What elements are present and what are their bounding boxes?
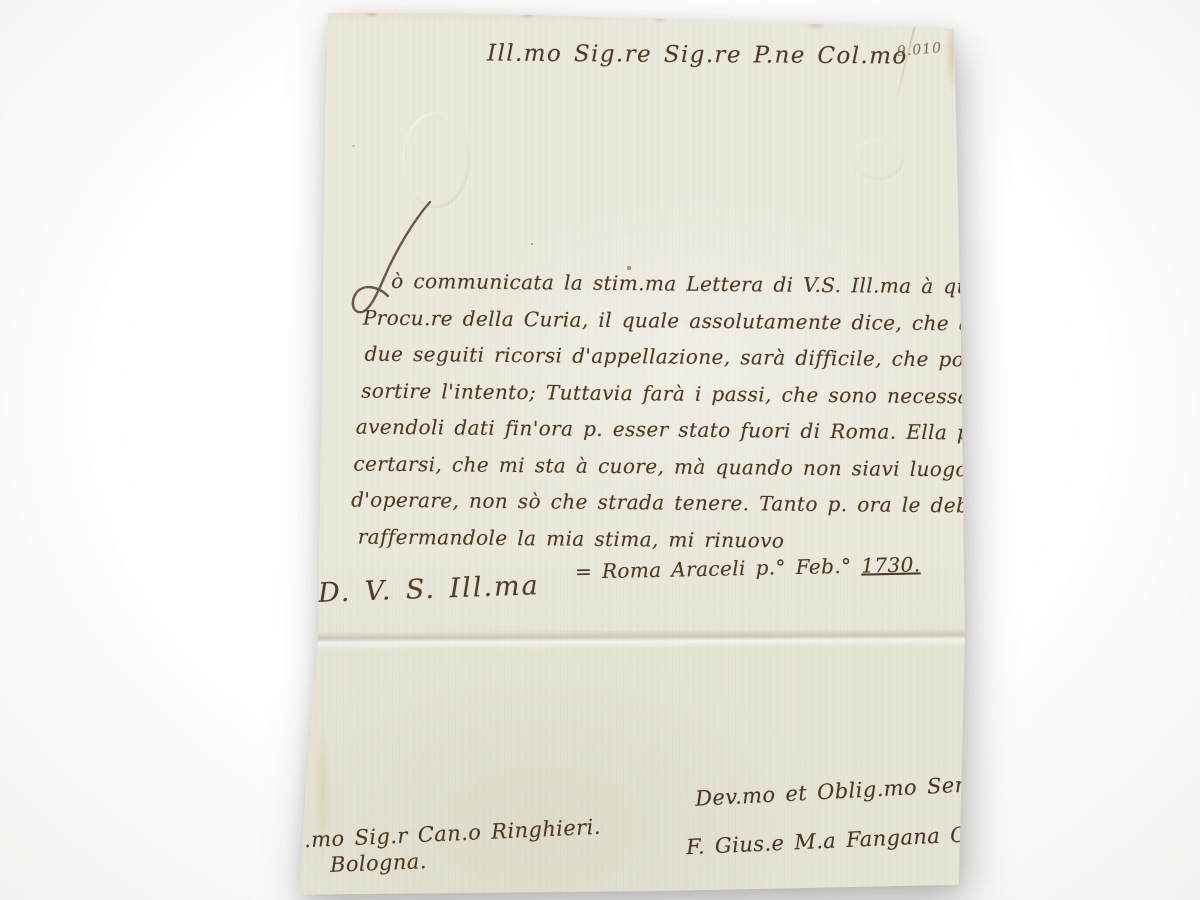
body-line: ò communicata la stim.ma Lettera di V.S.… [353, 262, 1087, 306]
photo-scene: Ill.mo Sig.re Sig.re P.ne Col.mo 9.010 ò… [0, 0, 1200, 900]
closing-formula: D. V. S. Ill.ma [318, 570, 541, 609]
letter-paper-shadow: Ill.mo Sig.re Sig.re P.ne Col.mo 9.010 ò… [0, 0, 1200, 900]
ink-speck [531, 243, 533, 245]
blind-stamp-mark-faint [852, 138, 904, 180]
address-recipient: Ill.mo Sig.r Can.o Ringhieri. [281, 815, 602, 853]
letter-body: ò communicata la stim.ma Lettera di V.S.… [351, 262, 1087, 561]
signature-line-1: Dev.mo et Oblig.mo Ser.re [695, 771, 994, 811]
body-line: raffermandole la mia stima, mi rinuovo [351, 518, 1085, 562]
body-line: due seguiti ricorsi d'appellazione, sarà… [352, 335, 1086, 379]
signature-line-2: F. Gius.e M.a Fangana Corsi [686, 821, 1009, 860]
blind-stamp-mark [402, 112, 470, 208]
fold-crease [310, 628, 970, 649]
ink-speck [352, 145, 355, 147]
dateline-year: 1730. [861, 552, 921, 577]
folio-number: 9.010 [896, 40, 942, 60]
body-line: avendoli dati fin'ora p. esser stato fuo… [352, 408, 1086, 452]
letter-paper: Ill.mo Sig.re Sig.re P.ne Col.mo 9.010 ò… [0, 0, 1200, 900]
salutation-line: Ill.mo Sig.re Sig.re P.ne Col.mo [487, 41, 908, 70]
dateline-place-date: = Roma Araceli p.° Feb.° [575, 554, 862, 584]
body-line: d'operare, non sò che strada tenere. Tan… [351, 481, 1085, 525]
address-city: Bologna. [330, 849, 428, 877]
